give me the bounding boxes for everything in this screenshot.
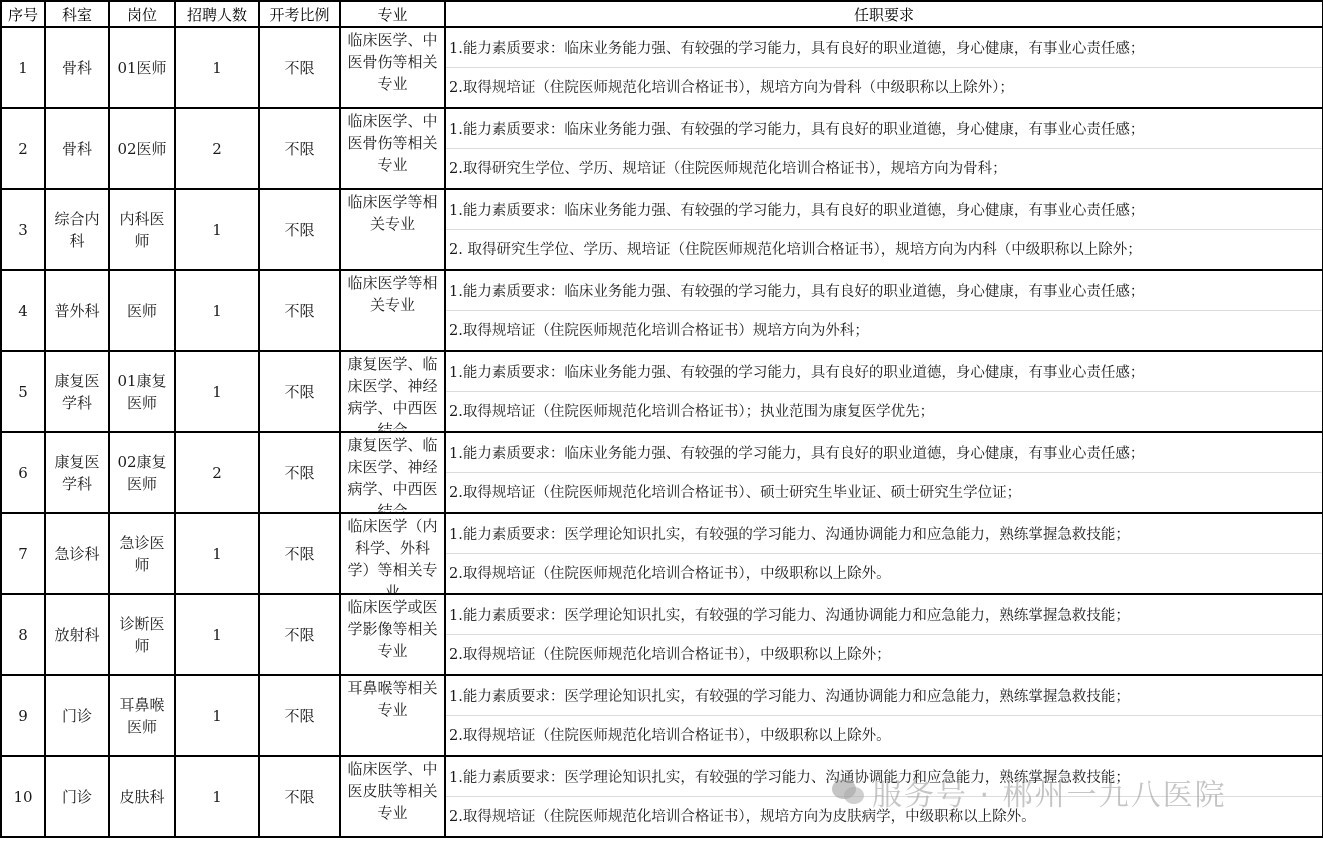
cell-count: 2 (175, 108, 259, 189)
cell-ratio: 不限 (259, 270, 340, 351)
cell-count: 1 (175, 189, 259, 270)
cell-count: 1 (175, 675, 259, 756)
cell-count: 1 (175, 270, 259, 351)
cell-requirements: 1.能力素质要求：临床业务能力强、有较强的学习能力，具有良好的职业道德，身心健康… (445, 189, 1323, 270)
cell-index: 8 (1, 594, 45, 675)
requirement-line-2: 2.取得规培证（住院医师规范化培训合格证书），中级职称以上除外。 (446, 715, 1322, 755)
cell-requirements: 1.能力素质要求：医学理论知识扎实，有较强的学习能力、沟通协调能力和应急能力，熟… (445, 675, 1323, 756)
cell-major: 康复医学、临床医学、神经病学、中西医结合 (340, 432, 445, 513)
requirement-line-2: 2.取得规培证（住院医师规范化培训合格证书），中级职称以上除外。 (446, 553, 1322, 593)
cell-index: 3 (1, 189, 45, 270)
requirement-line-2: 2.取得规培证（住院医师规范化培训合格证书），规培方向为皮肤病学，中级职称以上除… (446, 796, 1322, 836)
requirement-line-1: 1.能力素质要求：医学理论知识扎实，有较强的学习能力、沟通协调能力和应急能力，熟… (446, 676, 1322, 715)
cell-count: 1 (175, 594, 259, 675)
requirement-line-2: 2.取得规培证（住院医师规范化培训合格证书）；执业范围为康复医学优先； (446, 391, 1322, 431)
cell-index: 5 (1, 351, 45, 432)
table-row: 10 门诊 皮肤科 1 不限 临床医学、中医皮肤等相关专业 1.能力素质要求：医… (1, 756, 1323, 837)
cell-ratio: 不限 (259, 27, 340, 108)
cell-index: 10 (1, 756, 45, 837)
cell-ratio: 不限 (259, 351, 340, 432)
requirement-line-1: 1.能力素质要求：临床业务能力强、有较强的学习能力，具有良好的职业道德，身心健康… (446, 28, 1322, 67)
cell-ratio: 不限 (259, 675, 340, 756)
cell-ratio: 不限 (259, 189, 340, 270)
cell-position: 01医师 (109, 27, 175, 108)
cell-count: 1 (175, 351, 259, 432)
cell-requirements: 1.能力素质要求：临床业务能力强、有较强的学习能力，具有良好的职业道德，身心健康… (445, 108, 1323, 189)
table-row: 5 康复医学科 01康复医师 1 不限 康复医学、临床医学、神经病学、中西医结合… (1, 351, 1323, 432)
recruitment-table: 序号 科室 岗位 招聘人数 开考比例 专业 任职要求 1 骨科 01医师 1 不… (0, 0, 1323, 838)
requirement-line-2: 2.取得规培证（住院医师规范化培训合格证书）、硕士研究生毕业证、硕士研究生学位证… (446, 472, 1322, 512)
header-requirements: 任职要求 (445, 1, 1323, 27)
requirement-line-1: 1.能力素质要求：临床业务能力强、有较强的学习能力，具有良好的职业道德，身心健康… (446, 109, 1322, 148)
cell-index: 6 (1, 432, 45, 513)
cell-department: 普外科 (45, 270, 109, 351)
requirement-line-1: 1.能力素质要求：医学理论知识扎实，有较强的学习能力、沟通协调能力和应急能力，熟… (446, 595, 1322, 634)
requirement-line-1: 1.能力素质要求：医学理论知识扎实，有较强的学习能力、沟通协调能力和应急能力，熟… (446, 514, 1322, 553)
cell-requirements: 1.能力素质要求：医学理论知识扎实，有较强的学习能力、沟通协调能力和应急能力，熟… (445, 594, 1323, 675)
table-row: 4 普外科 医师 1 不限 临床医学等相关专业 1.能力素质要求：临床业务能力强… (1, 270, 1323, 351)
header-index: 序号 (1, 1, 45, 27)
requirement-line-2: 2. 取得研究生学位、学历、规培证（住院医师规范化培训合格证书），规培方向为内科… (446, 229, 1322, 269)
cell-ratio: 不限 (259, 108, 340, 189)
cell-department: 急诊科 (45, 513, 109, 594)
requirement-line-2: 2.取得规培证（住院医师规范化培训合格证书）规培方向为外科； (446, 310, 1322, 350)
cell-position: 皮肤科 (109, 756, 175, 837)
cell-requirements: 1.能力素质要求：医学理论知识扎实，有较强的学习能力、沟通协调能力和应急能力，熟… (445, 756, 1323, 837)
requirement-line-1: 1.能力素质要求：临床业务能力强、有较强的学习能力，具有良好的职业道德，身心健康… (446, 190, 1322, 229)
cell-major: 临床医学（内科学、外科学）等相关专业 (340, 513, 445, 594)
cell-position: 医师 (109, 270, 175, 351)
cell-major: 临床医学、中医骨伤等相关专业 (340, 108, 445, 189)
cell-requirements: 1.能力素质要求：临床业务能力强、有较强的学习能力，具有良好的职业道德，身心健康… (445, 351, 1323, 432)
cell-ratio: 不限 (259, 756, 340, 837)
cell-major: 耳鼻喉等相关专业 (340, 675, 445, 756)
table-row: 3 综合内科 内科医师 1 不限 临床医学等相关专业 1.能力素质要求：临床业务… (1, 189, 1323, 270)
cell-department: 康复医学科 (45, 351, 109, 432)
cell-position: 耳鼻喉医师 (109, 675, 175, 756)
cell-department: 门诊 (45, 756, 109, 837)
cell-department: 放射科 (45, 594, 109, 675)
requirement-line-2: 2.取得规培证（住院医师规范化培训合格证书），中级职称以上除外； (446, 634, 1322, 674)
cell-position: 诊断医师 (109, 594, 175, 675)
cell-count: 1 (175, 756, 259, 837)
cell-department: 综合内科 (45, 189, 109, 270)
requirement-line-1: 1.能力素质要求：临床业务能力强、有较强的学习能力，具有良好的职业道德，身心健康… (446, 433, 1322, 472)
table-row: 2 骨科 02医师 2 不限 临床医学、中医骨伤等相关专业 1.能力素质要求：临… (1, 108, 1323, 189)
requirement-line-1: 1.能力素质要求：临床业务能力强、有较强的学习能力，具有良好的职业道德，身心健康… (446, 352, 1322, 391)
header-row: 序号 科室 岗位 招聘人数 开考比例 专业 任职要求 (1, 1, 1323, 27)
header-department: 科室 (45, 1, 109, 27)
header-count: 招聘人数 (175, 1, 259, 27)
cell-department: 康复医学科 (45, 432, 109, 513)
cell-position: 02医师 (109, 108, 175, 189)
cell-requirements: 1.能力素质要求：临床业务能力强、有较强的学习能力，具有良好的职业道德，身心健康… (445, 27, 1323, 108)
cell-position: 01康复医师 (109, 351, 175, 432)
cell-ratio: 不限 (259, 432, 340, 513)
cell-ratio: 不限 (259, 594, 340, 675)
table-row: 9 门诊 耳鼻喉医师 1 不限 耳鼻喉等相关专业 1.能力素质要求：医学理论知识… (1, 675, 1323, 756)
cell-count: 1 (175, 27, 259, 108)
cell-department: 门诊 (45, 675, 109, 756)
header-major: 专业 (340, 1, 445, 27)
cell-index: 2 (1, 108, 45, 189)
requirement-line-1: 1.能力素质要求：临床业务能力强、有较强的学习能力，具有良好的职业道德，身心健康… (446, 271, 1322, 310)
cell-major: 临床医学等相关专业 (340, 189, 445, 270)
cell-position: 急诊医师 (109, 513, 175, 594)
cell-major: 临床医学等相关专业 (340, 270, 445, 351)
cell-index: 1 (1, 27, 45, 108)
cell-position: 02康复医师 (109, 432, 175, 513)
header-ratio: 开考比例 (259, 1, 340, 27)
cell-department: 骨科 (45, 27, 109, 108)
cell-index: 4 (1, 270, 45, 351)
table-row: 7 急诊科 急诊医师 1 不限 临床医学（内科学、外科学）等相关专业 1.能力素… (1, 513, 1323, 594)
cell-count: 2 (175, 432, 259, 513)
cell-major: 临床医学、中医皮肤等相关专业 (340, 756, 445, 837)
header-position: 岗位 (109, 1, 175, 27)
requirement-line-1: 1.能力素质要求：医学理论知识扎实，有较强的学习能力、沟通协调能力和应急能力，熟… (446, 757, 1322, 796)
cell-department: 骨科 (45, 108, 109, 189)
table-row: 6 康复医学科 02康复医师 2 不限 康复医学、临床医学、神经病学、中西医结合… (1, 432, 1323, 513)
cell-major: 康复医学、临床医学、神经病学、中西医结合 (340, 351, 445, 432)
cell-requirements: 1.能力素质要求：临床业务能力强、有较强的学习能力，具有良好的职业道德，身心健康… (445, 432, 1323, 513)
requirement-line-2: 2.取得研究生学位、学历、规培证（住院医师规范化培训合格证书），规培方向为骨科； (446, 148, 1322, 188)
table-row: 1 骨科 01医师 1 不限 临床医学、中医骨伤等相关专业 1.能力素质要求：临… (1, 27, 1323, 108)
requirement-line-2: 2.取得规培证（住院医师规范化培训合格证书），规培方向为骨科（中级职称以上除外）… (446, 67, 1322, 107)
table-row: 8 放射科 诊断医师 1 不限 临床医学或医学影像等相关专业 1.能力素质要求：… (1, 594, 1323, 675)
cell-index: 9 (1, 675, 45, 756)
cell-index: 7 (1, 513, 45, 594)
cell-requirements: 1.能力素质要求：医学理论知识扎实，有较强的学习能力、沟通协调能力和应急能力，熟… (445, 513, 1323, 594)
cell-major: 临床医学、中医骨伤等相关专业 (340, 27, 445, 108)
cell-requirements: 1.能力素质要求：临床业务能力强、有较强的学习能力，具有良好的职业道德，身心健康… (445, 270, 1323, 351)
cell-position: 内科医师 (109, 189, 175, 270)
cell-count: 1 (175, 513, 259, 594)
cell-ratio: 不限 (259, 513, 340, 594)
cell-major: 临床医学或医学影像等相关专业 (340, 594, 445, 675)
